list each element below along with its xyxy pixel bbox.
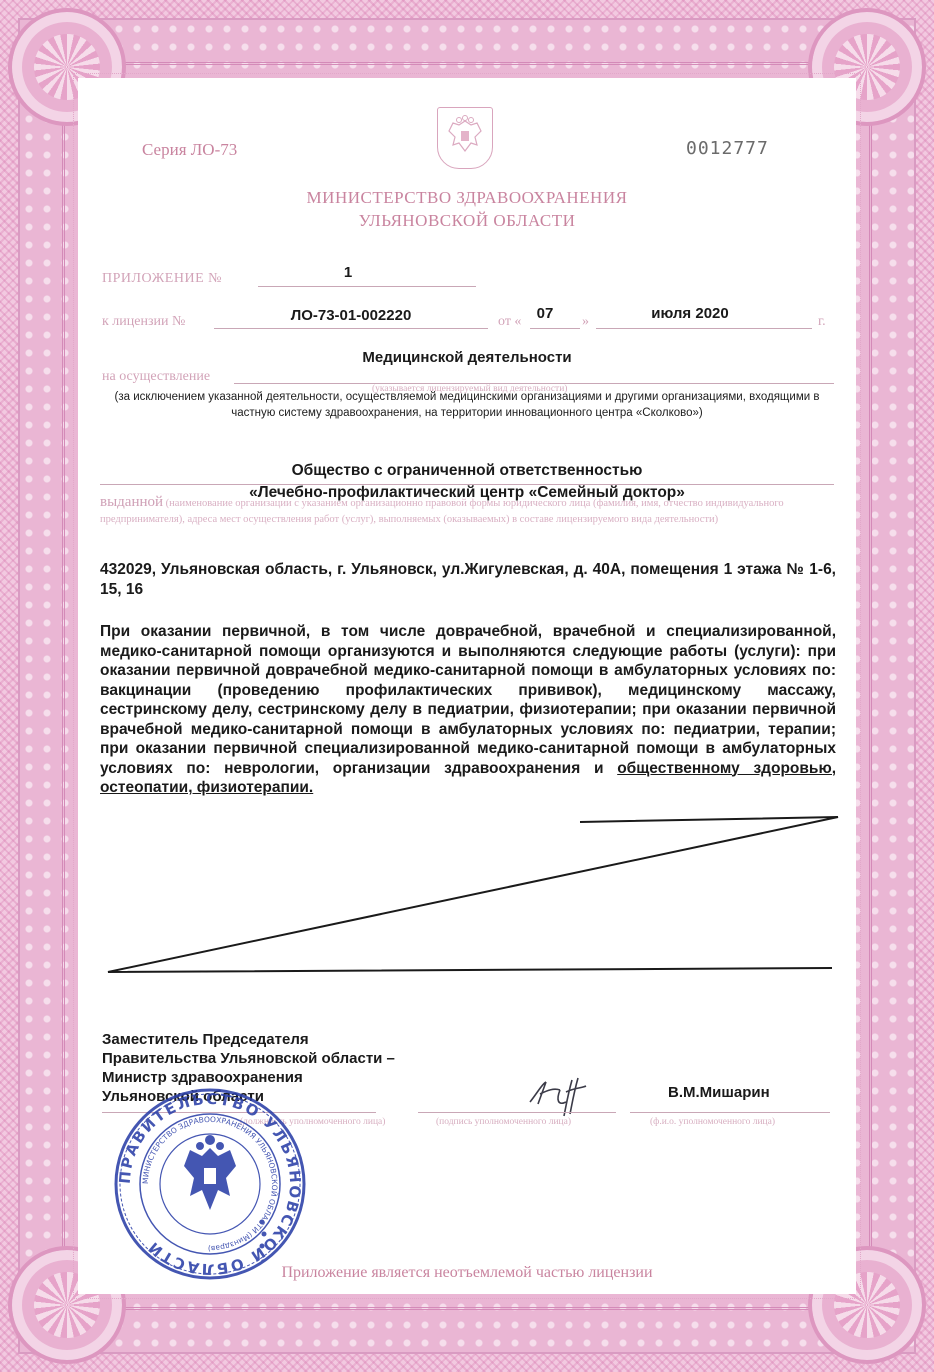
issued-hint: выданной (наименование организации с ука… <box>100 494 832 528</box>
ministry-title-line2: УЛЬЯНОВСКОЙ ОБЛАСТИ <box>0 211 934 231</box>
signature-hint: (подпись уполномоченного лица) <box>436 1117 571 1127</box>
services-description: При оказании первичной, в том числе довр… <box>100 622 836 798</box>
license-day-underline <box>530 328 580 329</box>
license-year-suffix: г. <box>818 314 826 330</box>
issued-label: выданной <box>100 494 163 510</box>
signer-position-line1: Заместитель Председателя <box>102 1030 395 1049</box>
organization-name-line1: Общество с ограниченной ответственностью <box>100 462 834 480</box>
serial-number: 0012777 <box>686 138 769 159</box>
exclusion-note: (за исключением указанной деятельности, … <box>100 389 834 421</box>
series-label: Серия ЛО-73 <box>142 140 237 160</box>
issued-hint-text: (наименование организации с указанием ор… <box>100 498 784 525</box>
appendix-number: 1 <box>258 264 438 281</box>
activity-label: на осуществление <box>102 369 210 385</box>
appendix-label: ПРИЛОЖЕНИЕ № <box>102 271 222 287</box>
license-date-underline <box>596 328 812 329</box>
footer-note: Приложение является неотъемлемой частью … <box>0 1264 934 1282</box>
coat-of-arms-icon <box>437 107 493 169</box>
license-month-year: июля 2020 <box>600 305 780 322</box>
signer-position-line2: Правительства Ульяновской области – <box>102 1049 395 1068</box>
z-cancellation-mark <box>100 812 845 977</box>
appendix-underline <box>258 286 476 287</box>
official-seal-icon: ПРАВИТЕЛЬСТВО УЛЬЯНОВСКОЙ ОБЛАСТИ МИНИСТ… <box>112 1086 308 1282</box>
signer-position-line3: Министр здравоохранения <box>102 1068 395 1087</box>
name-underline <box>630 1112 830 1113</box>
license-day: 07 <box>530 305 560 322</box>
license-label: к лицензии № <box>102 314 185 330</box>
license-quote-close: » <box>582 314 589 330</box>
license-number-underline <box>214 328 488 329</box>
ministry-title-line1: МИНИСТЕРСТВО ЗДРАВООХРАНЕНИЯ <box>0 188 934 208</box>
signature-underline <box>418 1112 616 1113</box>
license-from-label: от « <box>498 314 521 330</box>
services-text: При оказании первичной, в том числе довр… <box>100 623 836 777</box>
name-hint: (ф.и.о. уполномоченного лица) <box>650 1117 775 1127</box>
license-number: ЛО-73-01-002220 <box>214 307 488 324</box>
activity-value: Медицинской деятельности <box>100 349 834 366</box>
signer-name: В.М.Мишарин <box>668 1084 770 1101</box>
address: 432029, Ульяновская область, г. Ульяновс… <box>100 560 836 599</box>
